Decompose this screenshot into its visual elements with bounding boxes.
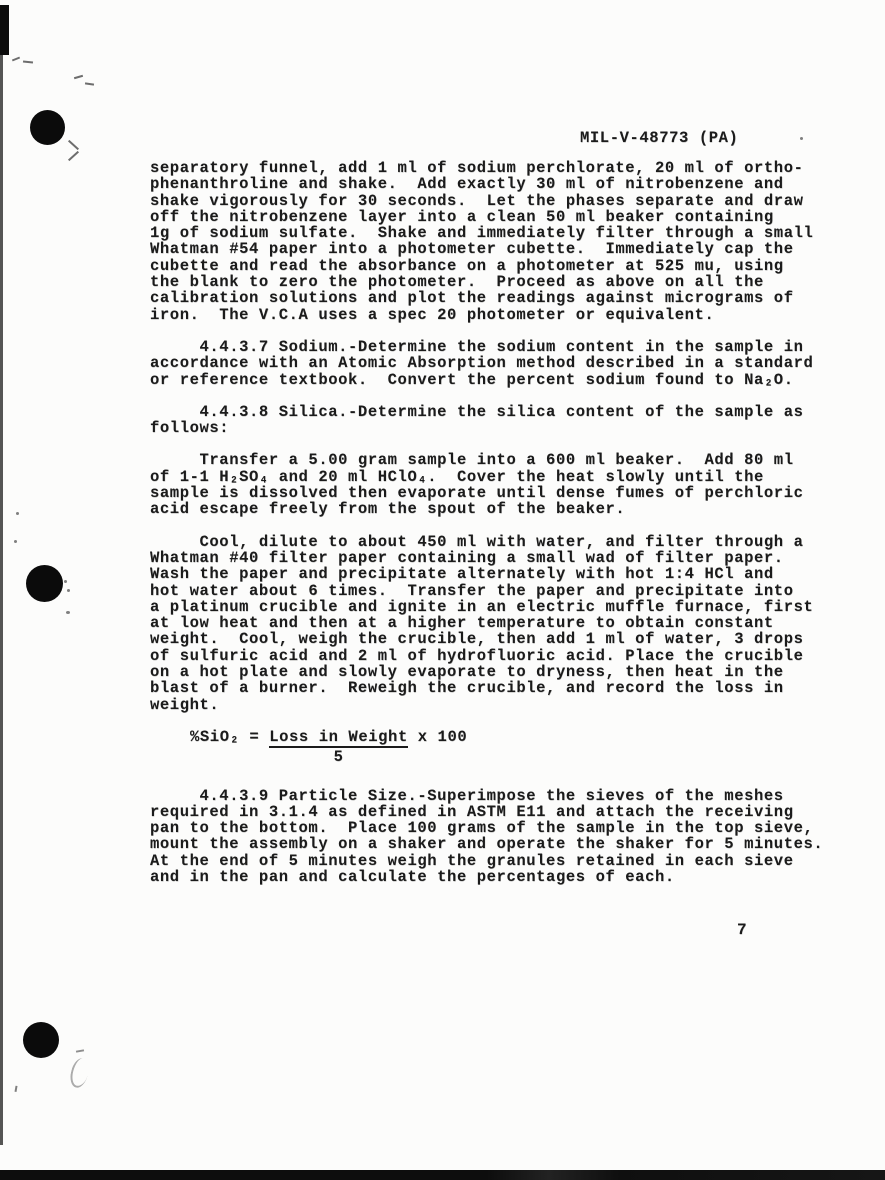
paragraph-4438-silica: 4.4.3.8 Silica.-Determine the silica con…: [150, 404, 850, 437]
pencil-squiggle: [68, 1056, 92, 1089]
pen-mark: [74, 75, 83, 79]
paragraph-iron-procedure: separatory funnel, add 1 ml of sodium pe…: [150, 160, 850, 323]
formula-denominator: 5: [334, 749, 344, 765]
formula-fraction: Loss in Weight 5: [269, 729, 408, 766]
paragraph-silica-transfer: Transfer a 5.00 gram sample into a 600 m…: [150, 452, 850, 517]
formula-multiplier: x 100: [408, 729, 467, 745]
paragraph-4437-sodium: 4.4.3.7 Sodium.-Determine the sodium con…: [150, 339, 850, 388]
scan-speck: [800, 137, 803, 140]
scan-speck: [14, 540, 17, 543]
document-id-header: MIL-V-48773 (PA): [580, 129, 738, 147]
scan-bar-bottom: [0, 1170, 885, 1180]
silica-percent-formula: %SiO₂ = Loss in Weight 5 x 100: [150, 729, 850, 766]
punch-hole-bottom: [23, 1022, 59, 1058]
formula-numerator: Loss in Weight: [269, 729, 408, 748]
punch-hole-top: [30, 110, 65, 145]
pen-mark: [23, 60, 33, 63]
scan-speck: [15, 1086, 20, 1093]
scan-speck: [64, 580, 67, 583]
scanned-document-page: MIL-V-48773 (PA) separatory funnel, add …: [0, 0, 885, 1180]
page-number: 7: [737, 921, 747, 939]
scan-speck: [16, 512, 19, 515]
scan-edge-bar-top-left: [0, 5, 9, 55]
formula-lhs: %SiO₂ =: [190, 729, 269, 745]
paragraph-4439-particle-size: 4.4.3.9 Particle Size.-Superimpose the s…: [150, 788, 850, 886]
punch-hole-middle: [26, 565, 63, 602]
document-body: separatory funnel, add 1 ml of sodium pe…: [150, 160, 850, 901]
pen-mark: [85, 82, 94, 85]
pen-mark: [12, 57, 20, 62]
scan-speck: [66, 611, 70, 614]
paragraph-silica-cool-dilute: Cool, dilute to about 450 ml with water,…: [150, 534, 850, 713]
scan-edge-line-left: [0, 55, 3, 1145]
pencil-mark: [76, 1049, 84, 1052]
scan-speck: [67, 589, 70, 592]
pen-mark-chevron: [68, 140, 79, 150]
pen-mark-chevron: [68, 151, 79, 161]
